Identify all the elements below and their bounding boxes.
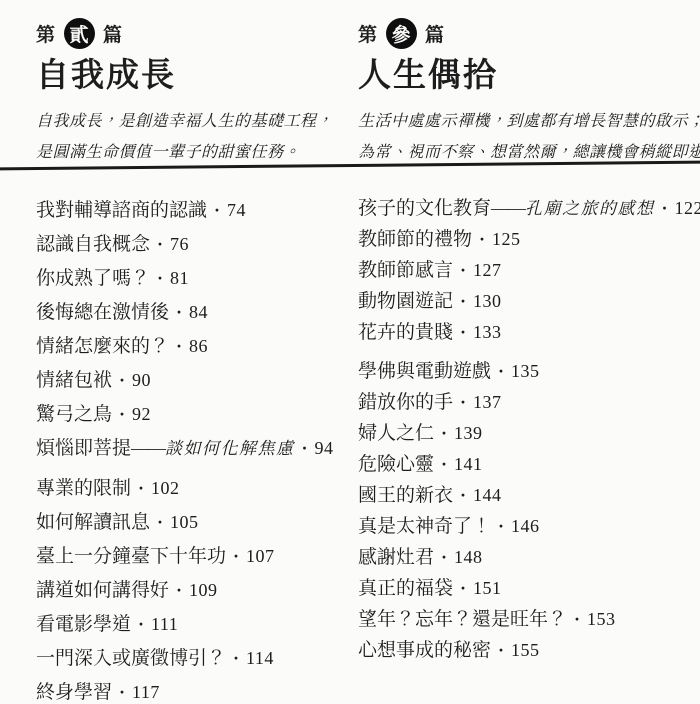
entry-dash: —— xyxy=(131,438,165,458)
entry-separator-dot: · xyxy=(574,609,580,629)
entry-subtitle: 孔廟之旅的感想 xyxy=(525,199,655,218)
toc-entry: 望年？忘年？還是旺年？·153 xyxy=(358,604,700,635)
entry-separator-dot: · xyxy=(176,302,182,322)
entry-separator-dot: · xyxy=(138,478,144,498)
toc-entry: 專業的限制·102 xyxy=(36,471,358,505)
entry-separator-dot: · xyxy=(119,404,125,424)
entry-title: 看電影學道 xyxy=(36,614,131,635)
entry-title: 終身學習 xyxy=(36,682,112,703)
toc-entry: 後悔總在激情後·84 xyxy=(36,295,358,329)
entry-page-number: 92 xyxy=(132,404,151,424)
entry-separator-dot: · xyxy=(460,322,466,342)
entry-title: 錯放你的手 xyxy=(358,392,453,413)
toc-list: 我對輔導諮商的認識·74認識自我概念·76你成熟了嗎？·81後悔總在激情後·84… xyxy=(36,193,358,704)
toc-entry: 情緒包袱·90 xyxy=(36,363,358,397)
toc-entry: 感謝灶君·148 xyxy=(358,542,700,573)
entry-separator-dot: · xyxy=(441,454,447,474)
entry-title: 驚弓之鳥 xyxy=(36,404,112,425)
entry-separator-dot: · xyxy=(157,268,163,288)
entry-separator-dot: · xyxy=(498,361,504,381)
part-number-badge: 貳 xyxy=(64,18,95,49)
entry-separator-dot: · xyxy=(302,438,308,458)
toc-entry: 認識自我概念·76 xyxy=(36,227,358,261)
entry-separator-dot: · xyxy=(214,200,220,220)
part-suffix: 篇 xyxy=(425,20,445,47)
toc-entry: 真正的福袋·151 xyxy=(358,573,700,604)
entry-title: 我對輔導諮商的認識 xyxy=(36,200,207,221)
entry-page-number: 74 xyxy=(227,200,246,220)
section-part-3: 第 參 篇 人生偶拾 生活中處處示禪機，到處都有增長智慧的啟示；習 為常、視而不… xyxy=(358,16,700,666)
entry-subtitle: 談如何化解焦慮 xyxy=(165,439,295,458)
entry-separator-dot: · xyxy=(119,370,125,390)
entry-title: 教師節感言 xyxy=(358,260,453,281)
entry-separator-dot: · xyxy=(662,198,668,218)
entry-title: 學佛與電動遊戲 xyxy=(358,361,491,382)
book-page: 第 貳 篇 自我成長 自我成長，是創造幸福人生的基礎工程， 是圓滿生命價值一輩子… xyxy=(0,0,700,704)
toc-entry: 驚弓之鳥·92 xyxy=(36,397,358,431)
entry-separator-dot: · xyxy=(498,640,504,660)
entry-title: 臺上一分鐘臺下十年功 xyxy=(36,546,226,567)
entry-page-number: 127 xyxy=(473,260,502,280)
section-title: 人生偶拾 xyxy=(358,56,700,94)
toc-entry: 婦人之仁·139 xyxy=(358,418,700,449)
entry-page-number: 137 xyxy=(473,392,502,412)
entry-separator-dot: · xyxy=(460,291,466,311)
toc-entry: 煩惱即菩提——談如何化解焦慮·94 xyxy=(36,431,358,465)
toc-entry: 臺上一分鐘臺下十年功·107 xyxy=(36,539,358,573)
part-label: 第 參 篇 xyxy=(358,16,700,50)
entry-page-number: 107 xyxy=(246,546,275,566)
entry-page-number: 144 xyxy=(473,485,502,505)
entry-separator-dot: · xyxy=(138,614,144,634)
entry-title: 後悔總在激情後 xyxy=(36,302,169,323)
toc-entry: 動物園遊記·130 xyxy=(358,286,700,317)
toc-entry: 真是太神奇了！·146 xyxy=(358,511,700,542)
entry-separator-dot: · xyxy=(460,392,466,412)
intro-line: 是圓滿生命價值一輩子的甜蜜任務。 xyxy=(36,137,358,168)
part-suffix: 篇 xyxy=(103,20,123,47)
entry-title: 如何解讀訊息 xyxy=(36,512,150,533)
entry-page-number: 153 xyxy=(587,609,616,629)
entry-page-number: 84 xyxy=(189,302,208,322)
entry-separator-dot: · xyxy=(233,648,239,668)
toc-entry: 如何解讀訊息·105 xyxy=(36,505,358,539)
entry-page-number: 146 xyxy=(511,516,540,536)
section-intro: 生活中處處示禪機，到處都有增長智慧的啟示；習 為常、視而不察、想當然爾，總讓機會… xyxy=(358,106,700,168)
toc-entry: 教師節的禮物·125 xyxy=(358,224,700,255)
toc-entry: 心想事成的秘密·155 xyxy=(358,635,700,666)
toc-entry: 錯放你的手·137 xyxy=(358,387,700,418)
entry-page-number: 130 xyxy=(473,291,502,311)
toc-entry: 教師節感言·127 xyxy=(358,255,700,286)
entry-separator-dot: · xyxy=(460,578,466,598)
entry-page-number: 81 xyxy=(170,268,189,288)
entry-page-number: 135 xyxy=(511,361,540,381)
toc-entry: 花卉的貴賤·133 xyxy=(358,317,700,348)
entry-separator-dot: · xyxy=(460,260,466,280)
entry-page-number: 105 xyxy=(170,512,199,532)
entry-title: 感謝灶君 xyxy=(358,547,434,568)
entry-title: 動物園遊記 xyxy=(358,291,453,312)
entry-title: 煩惱即菩提 xyxy=(36,438,131,459)
entry-title: 專業的限制 xyxy=(36,478,131,499)
entry-title: 花卉的貴賤 xyxy=(358,322,453,343)
toc-entry: 國王的新衣·144 xyxy=(358,480,700,511)
entry-separator-dot: · xyxy=(498,516,504,536)
entry-separator-dot: · xyxy=(176,336,182,356)
entry-title: 講道如何講得好 xyxy=(36,580,169,601)
intro-line: 自我成長，是創造幸福人生的基礎工程， xyxy=(36,106,358,137)
entry-page-number: 151 xyxy=(473,578,502,598)
entry-page-number: 139 xyxy=(454,423,483,443)
toc-entry: 情緒怎麼來的？·86 xyxy=(36,329,358,363)
entry-page-number: 76 xyxy=(170,234,189,254)
entry-title: 認識自我概念 xyxy=(36,234,150,255)
entry-separator-dot: · xyxy=(157,234,163,254)
toc-entry: 看電影學道·111 xyxy=(36,607,358,641)
entry-page-number: 125 xyxy=(492,229,521,249)
entry-page-number: 102 xyxy=(151,478,180,498)
entry-title: 你成熟了嗎？ xyxy=(36,268,150,289)
section-intro: 自我成長，是創造幸福人生的基礎工程， 是圓滿生命價值一輩子的甜蜜任務。 xyxy=(36,106,358,168)
entry-title: 真正的福袋 xyxy=(358,578,453,599)
intro-line: 生活中處處示禪機，到處都有增長智慧的啟示；習 xyxy=(358,106,700,137)
entry-page-number: 114 xyxy=(246,648,274,668)
entry-separator-dot: · xyxy=(460,485,466,505)
entry-dash: —— xyxy=(491,198,525,218)
entry-title: 望年？忘年？還是旺年？ xyxy=(358,609,567,630)
entry-page-number: 133 xyxy=(473,322,502,342)
toc-entry: 孩子的文化教育——孔廟之旅的感想·122 xyxy=(358,193,700,224)
entry-separator-dot: · xyxy=(441,423,447,443)
entry-separator-dot: · xyxy=(441,547,447,567)
entry-title: 心想事成的秘密 xyxy=(358,640,491,661)
entry-page-number: 122 xyxy=(675,198,700,218)
entry-page-number: 117 xyxy=(132,682,160,702)
entry-page-number: 155 xyxy=(511,640,540,660)
entry-separator-dot: · xyxy=(233,546,239,566)
entry-page-number: 90 xyxy=(132,370,151,390)
entry-separator-dot: · xyxy=(119,682,125,702)
toc-list: 孩子的文化教育——孔廟之旅的感想·122教師節的禮物·125教師節感言·127動… xyxy=(358,193,700,666)
entry-separator-dot: · xyxy=(157,512,163,532)
entry-page-number: 94 xyxy=(315,438,334,458)
entry-title: 教師節的禮物 xyxy=(358,229,472,250)
entry-title: 情緒包袱 xyxy=(36,370,112,391)
entry-separator-dot: · xyxy=(176,580,182,600)
part-prefix: 第 xyxy=(36,20,56,47)
toc-entry: 你成熟了嗎？·81 xyxy=(36,261,358,295)
entry-title: 情緒怎麼來的？ xyxy=(36,336,169,357)
toc-entry: 學佛與電動遊戲·135 xyxy=(358,356,700,387)
entry-title: 婦人之仁 xyxy=(358,423,434,444)
entry-title: 危險心靈 xyxy=(358,454,434,475)
part-label: 第 貳 篇 xyxy=(36,16,358,50)
toc-entry: 一門深入或廣徵博引？·114 xyxy=(36,641,358,675)
entry-title: 一門深入或廣徵博引？ xyxy=(36,648,226,669)
entry-page-number: 109 xyxy=(189,580,218,600)
part-number-badge: 參 xyxy=(386,18,417,49)
toc-entry: 我對輔導諮商的認識·74 xyxy=(36,193,358,227)
entry-page-number: 141 xyxy=(454,454,483,474)
entry-title: 真是太神奇了！ xyxy=(358,516,491,537)
entry-separator-dot: · xyxy=(479,229,485,249)
entry-page-number: 111 xyxy=(151,614,178,634)
toc-entry: 終身學習·117 xyxy=(36,675,358,704)
entry-page-number: 86 xyxy=(189,336,208,356)
toc-entry: 講道如何講得好·109 xyxy=(36,573,358,607)
toc-entry: 危險心靈·141 xyxy=(358,449,700,480)
section-part-2: 第 貳 篇 自我成長 自我成長，是創造幸福人生的基礎工程， 是圓滿生命價值一輩子… xyxy=(36,16,358,704)
entry-title: 國王的新衣 xyxy=(358,485,453,506)
section-title: 自我成長 xyxy=(36,56,358,94)
entry-page-number: 148 xyxy=(454,547,483,567)
part-prefix: 第 xyxy=(358,20,378,47)
entry-title: 孩子的文化教育 xyxy=(358,198,491,219)
